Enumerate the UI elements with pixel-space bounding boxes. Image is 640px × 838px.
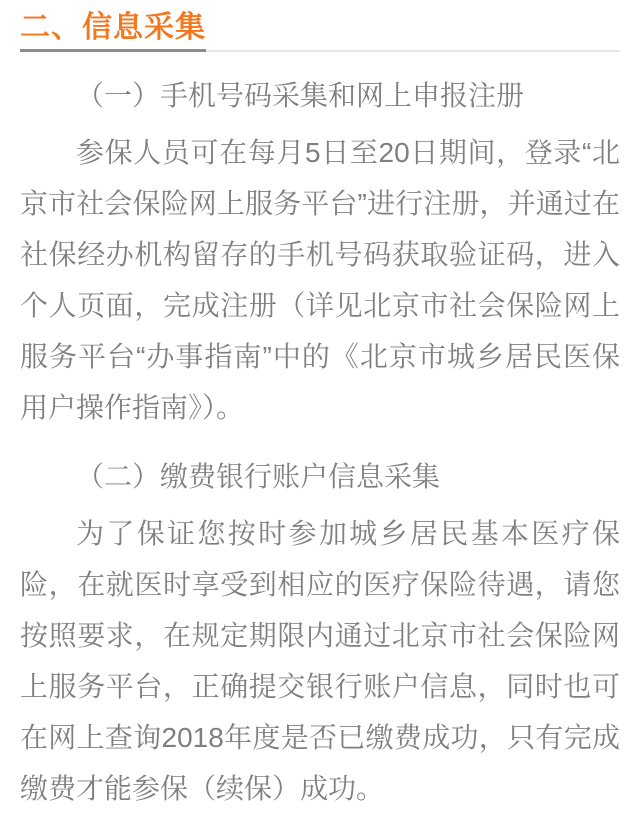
page-title: 二、信息采集 [20, 12, 206, 52]
subsection-heading-1: （一）手机号码采集和网上申报注册 [20, 70, 620, 121]
subsection-heading-2: （二）缴费银行账户信息采集 [20, 451, 620, 502]
paragraph-2: 为了保证您按时参加城乡居民基本医疗保险，在就医时享受到相应的医疗保险待遇，请您按… [20, 508, 620, 814]
section-title-bar: 二、信息采集 [20, 12, 620, 52]
article-content: （一）手机号码采集和网上申报注册 参保人员可在每月5日至20日期间，登录“北京市… [20, 70, 620, 814]
paragraph-1: 参保人员可在每月5日至20日期间，登录“北京市社会保险网上服务平台”进行注册，并… [20, 127, 620, 433]
article-page: 二、信息采集 （一）手机号码采集和网上申报注册 参保人员可在每月5日至20日期间… [0, 0, 640, 838]
